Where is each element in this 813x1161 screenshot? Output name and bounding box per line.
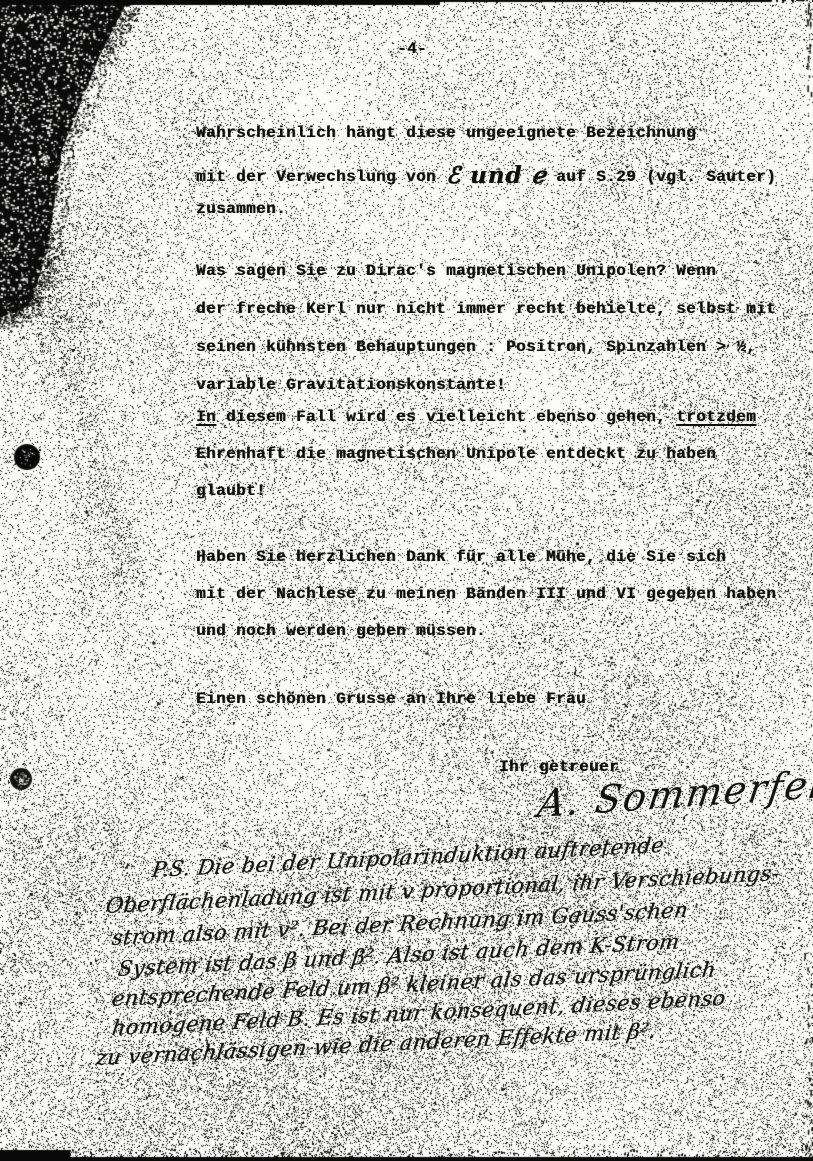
paragraph2-line4: variable Gravitationskonstante! [196,376,506,394]
scanned-letter-page: -4- Wahrscheinlich hängt diese ungeeigne… [0,0,813,1161]
underlined-trotzdem: trotzdem [676,408,756,426]
page-number: -4- [397,40,427,58]
closing-greeting: Einen schönen Grusse an Ihre liebe Frau [196,690,586,708]
paragraph2-line1: Was sagen Sie zu Dirac's magnetischen Un… [196,262,716,280]
paragraph3-line2: Ehrenhaft die magnetischen Unipole entde… [196,445,716,463]
paragraph2-line2: der freche Kerl nur nicht immer recht be… [196,300,776,318]
paragraph2-line3: seinen kühnsten Behauptungen : Positron,… [196,338,756,356]
paragraph3-line1: In diesem Fall wird es vielleicht ebenso… [196,408,756,426]
paragraph4-line2: mit der Nachlese zu meinen Bänden III un… [196,585,776,603]
paragraph3-line1-mid: diesem Fall wird es vielleicht ebenso ge… [216,408,676,426]
paragraph1-line2-post: auf S.29 (vgl. Sauter) [546,168,776,186]
paragraph4-line3: und noch werden geben müssen. [196,622,486,640]
paragraph1-line2: mit der Verwechslung von ℰ und ℯ auf S.2… [196,160,776,187]
paragraph3-line3: glaubt! [196,482,266,500]
paragraph4-line1: Haben Sie herzlichen Dank für alle Mühe,… [196,548,726,566]
valediction: Ihr getreuer [499,758,619,776]
underlined-in: In [196,408,216,426]
handwritten-symbols: ℰ und ℯ [446,162,546,189]
paragraph1-line2-pre: mit der Verwechslung von [196,168,446,186]
paragraph1-line1: Wahrscheinlich hängt diese ungeeignete B… [196,124,696,142]
paragraph1-line3: zusammen. [196,200,286,218]
